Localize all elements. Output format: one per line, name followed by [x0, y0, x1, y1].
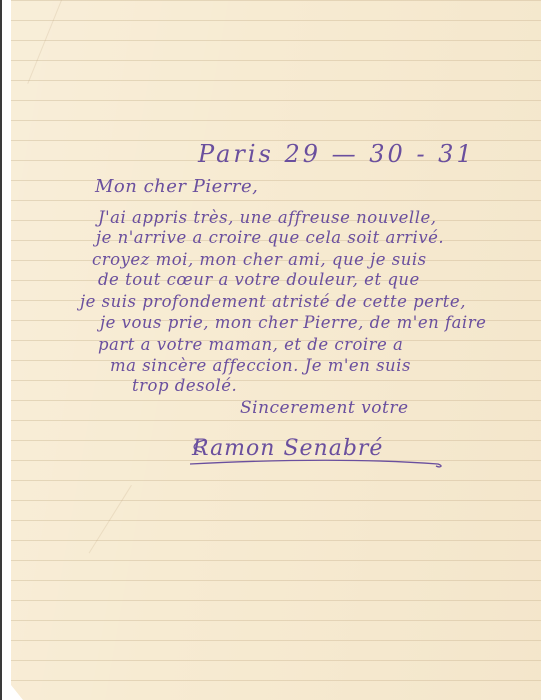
letter-body-line: ma sincère affeccion. Je m'en suis — [110, 356, 411, 375]
letter-date: Paris 29 — 30 - 31 — [198, 140, 475, 168]
letter-body-line: trop desolé. — [132, 376, 237, 395]
letter-closing: Sincerement votre — [240, 398, 409, 418]
letter-body-line: je vous prie, mon cher Pierre, de m'en f… — [100, 313, 486, 332]
letter-body-line: J'ai appris très, une affreuse nouvelle, — [98, 208, 437, 227]
letter-body-line: part a votre maman, et de croire a — [98, 335, 403, 354]
letter-body-line: croyez moi, mon cher ami, que je suis — [92, 250, 427, 269]
letter-body-line: je suis profondement atristé de cette pe… — [80, 292, 466, 311]
scan-border — [0, 0, 2, 700]
letter-body-line: je n'arrive a croire que cela soit arriv… — [96, 228, 444, 247]
letter-body-line: de tout cœur a votre douleur, et que — [98, 270, 420, 289]
paper-crease — [27, 0, 62, 84]
paper-crease — [89, 485, 132, 553]
scanned-letter: Paris 29 — 30 - 31 Mon cher Pierre, J'ai… — [0, 0, 541, 700]
torn-corner — [11, 685, 23, 700]
letter-salutation: Mon cher Pierre, — [95, 176, 258, 197]
signature-underline-flourish — [188, 430, 448, 470]
